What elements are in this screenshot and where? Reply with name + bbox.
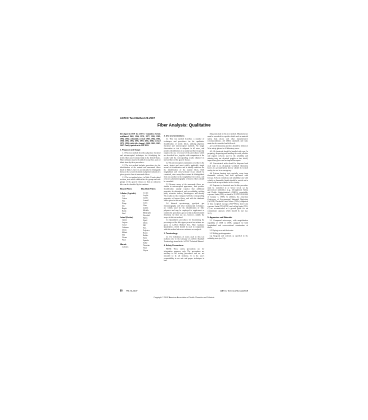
- body-paragraph: 4.2 All chemicals should be handled with…: [208, 150, 249, 162]
- manual-reference: AATCC Technical Manual/2008: [220, 290, 248, 292]
- natural-fibers-header: Natural Fibers: [120, 188, 140, 191]
- body-paragraph: 4.3 Concentrated acids should be dispens…: [208, 162, 249, 171]
- manmade-fibers-header: Man-Made Fibers: [141, 188, 161, 191]
- natural-fibers-column: Natural FibersCellulose (Vegetable):Coir…: [120, 188, 140, 252]
- document-page: AATCC Test Method 20-2007 Fiber Analysis…: [120, 117, 248, 309]
- fiber-name: Sisal: [120, 212, 140, 215]
- fiber-name: Wool: [120, 239, 140, 242]
- manmade-fibers-column: Man-Made FibersAcetateAcrylicAnidexArami…: [141, 188, 161, 252]
- body-paragraph: 1.2 The test method includes procedures …: [120, 164, 161, 176]
- copyright-line: Copyright © 2007 American Association of…: [120, 296, 248, 298]
- text-columns: Developed in 1959 by AATCC Committee RA2…: [120, 133, 248, 288]
- document-page-thumbnail: AATCC Test Method 20-2007 Fiber Analysis…: [120, 117, 248, 309]
- body-paragraph: 1.1 This test method describes physical,…: [120, 152, 161, 164]
- fiber-generic-names-table: Natural FibersCellulose (Vegetable):Coir…: [120, 188, 161, 252]
- body-paragraph: 3.1 For definitions of terms used in thi…: [164, 236, 205, 243]
- body-paragraph: 2.3 Because many of the man-made fibers …: [164, 183, 205, 202]
- body-paragraph: 4.1 Good laboratory practices should be …: [208, 145, 249, 150]
- body-paragraph: 1.3 The test method gives, in Table II a…: [120, 176, 161, 185]
- column-3: dling materials in this test method. Man…: [208, 133, 249, 288]
- method-reference: TM 20-2007: [126, 290, 137, 293]
- body-paragraph: 5.4 Reagents and solvents as specified i…: [208, 235, 249, 240]
- page-number: 80: [120, 290, 123, 293]
- column-2: 2. Use and Limitations2.1 This test meth…: [164, 133, 205, 288]
- column-1: Developed in 1959 by AATCC Committee RA2…: [120, 133, 161, 288]
- section-heading: 3. Terminology: [164, 232, 205, 234]
- section-heading: 1. Purpose and Scope: [120, 148, 161, 150]
- document-header-method-number: AATCC Test Method 20-2007: [120, 117, 248, 120]
- body-paragraph: 2.2 The microscopical examination of a f…: [164, 162, 205, 183]
- body-paragraph: 4.5 Exposure to chemicals used in this p…: [208, 184, 249, 214]
- fiber-name: Vinyon: [141, 249, 161, 252]
- document-history-note: Developed in 1959 by AATCC Committee RA2…: [120, 133, 161, 147]
- body-paragraph: 2.1 This test method describes a number …: [164, 138, 205, 161]
- page-footer: 80 TM 20-2007 AATCC Technical Manual/200…: [120, 290, 248, 293]
- footer-left: 80 TM 20-2007: [120, 290, 137, 293]
- fiber-name: Asbestos: [120, 246, 140, 249]
- body-paragraph: dling materials in this test method. Man…: [208, 133, 249, 145]
- section-heading: 2. Use and Limitations: [164, 135, 205, 137]
- body-paragraph: 4.4 Perform burning tests carefully, awa…: [208, 172, 249, 184]
- body-paragraph: NOTE: These safety precautions are for i…: [164, 248, 205, 262]
- section-heading: 5. Apparatus and Materials: [208, 216, 249, 218]
- body-paragraph: 5.1 Compound microscope, with magnificat…: [208, 219, 249, 228]
- body-paragraph: 2.5 Quantitative procedures for determin…: [164, 219, 205, 231]
- document-title: Fiber Analysis: Qualitative: [120, 123, 248, 128]
- screenshot-canvas: { "document": { "header": "AATCC Test Me…: [0, 0, 368, 420]
- body-paragraph: 2.4 Infrared spectroscopy, pyrolysis gas…: [164, 202, 205, 218]
- section-heading: 4. Safety Precautions: [164, 244, 205, 246]
